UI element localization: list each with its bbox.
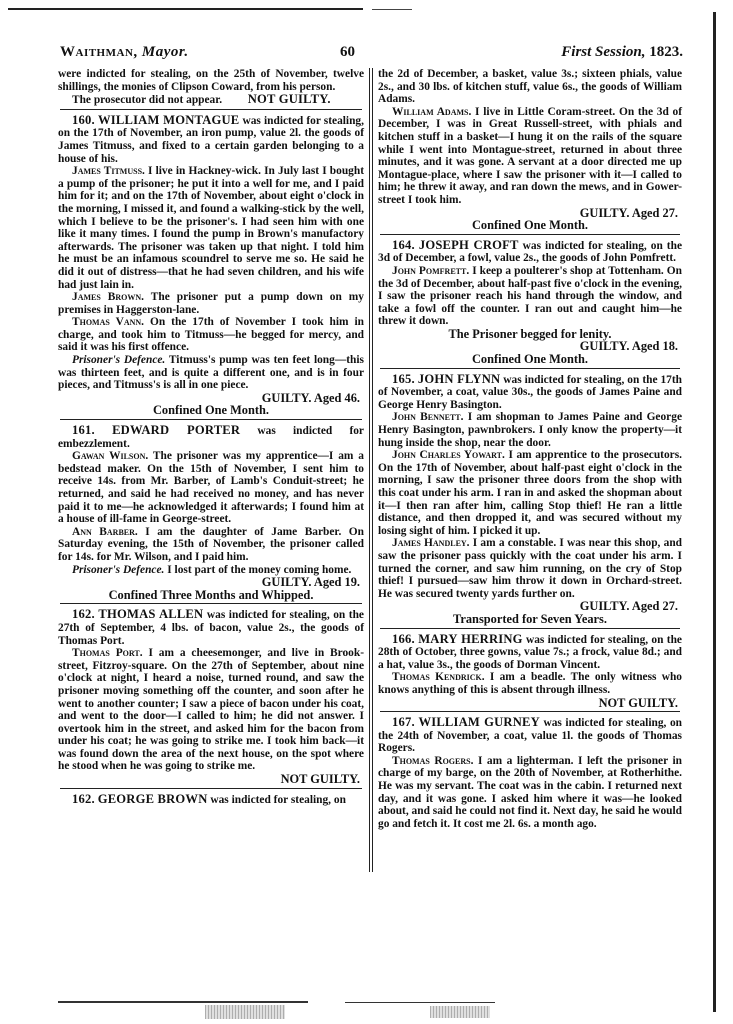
case-165: 165. JOHN FLYNN was indicted for stealin… bbox=[378, 373, 682, 626]
testimony: James Handley. I am a constable. I was n… bbox=[378, 537, 682, 600]
defendant-name: WILLIAM MONTAGUE bbox=[98, 113, 239, 127]
case-number: 162. bbox=[72, 607, 95, 621]
testimony-text: I am apprentice to the prosecutors. On t… bbox=[378, 449, 682, 537]
outcome-line: The prosecutor did not appear. NOT GUILT… bbox=[58, 93, 364, 107]
testimony: Gawan Wilson. The prisoner was my appren… bbox=[58, 450, 364, 526]
testimony: James Brown. The prisoner put a pump dow… bbox=[58, 291, 364, 316]
session-year: 1823. bbox=[649, 44, 683, 60]
testimony-text: I live in Hackney-wick. In July last I b… bbox=[58, 165, 364, 290]
case-166: 166. MARY HERRING was indicted for steal… bbox=[378, 633, 682, 710]
scan-top-rule bbox=[8, 8, 363, 10]
sentence: Confined One Month. bbox=[378, 353, 682, 366]
left-column: were indicted for stealing, on the 25th … bbox=[58, 68, 364, 806]
testimony: John Bennett. I am shopman to James Pain… bbox=[378, 411, 682, 449]
case-separator bbox=[60, 788, 362, 789]
scan-bottom-rule bbox=[345, 1002, 495, 1003]
case-160: 160. WILLIAM MONTAGUE was indicted for s… bbox=[58, 114, 364, 417]
mayor-title: Mayor. bbox=[142, 44, 189, 60]
defendant-name: EDWARD PORTER bbox=[112, 423, 240, 437]
mayor-name: Waithman, bbox=[60, 44, 138, 60]
defendant-name: JOHN FLYNN bbox=[418, 372, 500, 386]
witness-name: James Handley. bbox=[392, 537, 470, 549]
case-number: 164. bbox=[392, 238, 415, 252]
verdict: NOT GUILTY. bbox=[378, 697, 682, 710]
defendant-name: WILLIAM GURNEY bbox=[418, 715, 539, 729]
testimony: Thomas Rogers. I am a lighterman. I left… bbox=[378, 755, 682, 831]
scan-noise bbox=[430, 1006, 490, 1018]
scan-top-rule-fragment bbox=[372, 9, 412, 10]
witness-name: James Titmuss. bbox=[72, 165, 145, 177]
testimony-text: I live in Little Coram-street. On the 3d… bbox=[378, 106, 682, 206]
witness-name: John Charles Yowart. bbox=[392, 449, 505, 461]
witness-name: Ann Barber. bbox=[72, 526, 138, 538]
witness-name: James Brown. bbox=[72, 291, 144, 303]
case-162-george-brown: 162. GEORGE BROWN was indicted for steal… bbox=[58, 793, 364, 807]
testimony: Ann Barber. I am the daughter of Jame Ba… bbox=[58, 526, 364, 564]
witness-name: John Bennett. bbox=[392, 411, 463, 423]
sentence: Confined Three Months and Whipped. bbox=[58, 589, 364, 602]
testimony: John Pomfrett. I keep a poulterer's shop… bbox=[378, 265, 682, 328]
outcome-note: The prosecutor did not appear. bbox=[72, 94, 222, 106]
case-heading: 165. JOHN FLYNN was indicted for stealin… bbox=[378, 373, 682, 412]
case-number: 167. bbox=[392, 715, 415, 729]
sentence: Confined One Month. bbox=[378, 219, 682, 232]
case-number: 166. bbox=[392, 632, 415, 646]
prisoner-defence: Prisoner's Defence. Titmuss's pump was t… bbox=[58, 354, 364, 392]
verdict: NOT GUILTY. bbox=[58, 773, 364, 786]
case-separator bbox=[60, 109, 362, 110]
testimony: Thomas Vann. On the 17th of November I t… bbox=[58, 316, 364, 354]
continued-charge: were indicted for stealing, on the 25th … bbox=[58, 68, 364, 93]
witness-name: Thomas Kendrick. bbox=[392, 671, 485, 683]
verdict: NOT GUILTY. bbox=[248, 92, 331, 106]
witness-name: Gawan Wilson. bbox=[72, 450, 148, 462]
case-164: 164. JOSEPH CROFT was indicted for steal… bbox=[378, 239, 682, 366]
header-session: First Session, 1823. bbox=[561, 44, 683, 61]
case-separator bbox=[60, 603, 362, 604]
witness-name: Thomas Rogers. bbox=[392, 755, 473, 767]
right-column: the 2d of December, a basket, value 3s.;… bbox=[378, 68, 682, 830]
testimony: Thomas Port. I am a cheesemonger, and li… bbox=[58, 647, 364, 773]
case-heading: 161. EDWARD PORTER was indicted for embe… bbox=[58, 424, 364, 450]
sentence: Transported for Seven Years. bbox=[378, 613, 682, 626]
scan-page-edge bbox=[713, 12, 716, 1012]
defendant-name: GEORGE BROWN bbox=[98, 792, 208, 806]
scan-bottom-rule bbox=[58, 1001, 308, 1003]
case-162: 162. THOMAS ALLEN was indicted for steal… bbox=[58, 608, 364, 785]
witness-name: Thomas Vann. bbox=[72, 316, 144, 328]
witness-name: William Adams. bbox=[392, 106, 471, 118]
case-heading: 160. WILLIAM MONTAGUE was indicted for s… bbox=[58, 114, 364, 165]
defence-label: Prisoner's Defence. bbox=[72, 354, 165, 366]
case-separator bbox=[380, 368, 680, 369]
case-number: 160. bbox=[72, 113, 95, 127]
verdict: GUILTY. Aged 19. bbox=[58, 576, 364, 589]
header-mayor: Waithman, Mayor. bbox=[60, 44, 189, 61]
case-heading: 162. GEORGE BROWN was indicted for steal… bbox=[58, 793, 364, 807]
defendant-name: MARY HERRING bbox=[418, 632, 522, 646]
case-heading: 166. MARY HERRING was indicted for steal… bbox=[378, 633, 682, 672]
page-number: 60 bbox=[340, 44, 355, 61]
defence-text: I lost part of the money coming home. bbox=[167, 564, 351, 576]
charge-text: was indicted for stealing, on bbox=[210, 794, 346, 806]
case-heading: 162. THOMAS ALLEN was indicted for steal… bbox=[58, 608, 364, 647]
case-161: 161. EDWARD PORTER was indicted for embe… bbox=[58, 424, 364, 601]
case-separator bbox=[60, 419, 362, 420]
case-167: 167. WILLIAM GURNEY was indicted for ste… bbox=[378, 716, 682, 830]
case-heading: 167. WILLIAM GURNEY was indicted for ste… bbox=[378, 716, 682, 755]
testimony-text: I am a cheesemonger, and live in Brook-s… bbox=[58, 647, 364, 772]
testimony: William Adams. I live in Little Coram-st… bbox=[378, 106, 682, 207]
testimony: Thomas Kendrick. I am a beadle. The only… bbox=[378, 671, 682, 696]
continued-charge: the 2d of December, a basket, value 3s.;… bbox=[378, 68, 682, 106]
running-header: Waithman, Mayor. 60 First Session, 1823. bbox=[60, 44, 680, 64]
testimony: John Charles Yowart. I am apprentice to … bbox=[378, 449, 682, 537]
case-number: 165. bbox=[392, 372, 415, 386]
case-number: 162. bbox=[72, 792, 95, 806]
witness-name: John Pomfrett. bbox=[392, 265, 469, 277]
defence-label: Prisoner's Defence. bbox=[72, 564, 164, 576]
session-label: First Session, bbox=[561, 44, 645, 60]
scan-noise bbox=[205, 1005, 285, 1019]
case-heading: 164. JOSEPH CROFT was indicted for steal… bbox=[378, 239, 682, 265]
testimony: James Titmuss. I live in Hackney-wick. I… bbox=[58, 165, 364, 291]
sentence: Confined One Month. bbox=[58, 404, 364, 417]
defendant-name: JOSEPH CROFT bbox=[419, 238, 519, 252]
case-separator bbox=[380, 234, 680, 235]
witness-name: Thomas Port. bbox=[72, 647, 143, 659]
defendant-name: THOMAS ALLEN bbox=[98, 607, 203, 621]
case-separator bbox=[380, 628, 680, 629]
case-separator bbox=[380, 711, 680, 712]
column-divider bbox=[369, 68, 373, 872]
case-number: 161. bbox=[72, 423, 95, 437]
